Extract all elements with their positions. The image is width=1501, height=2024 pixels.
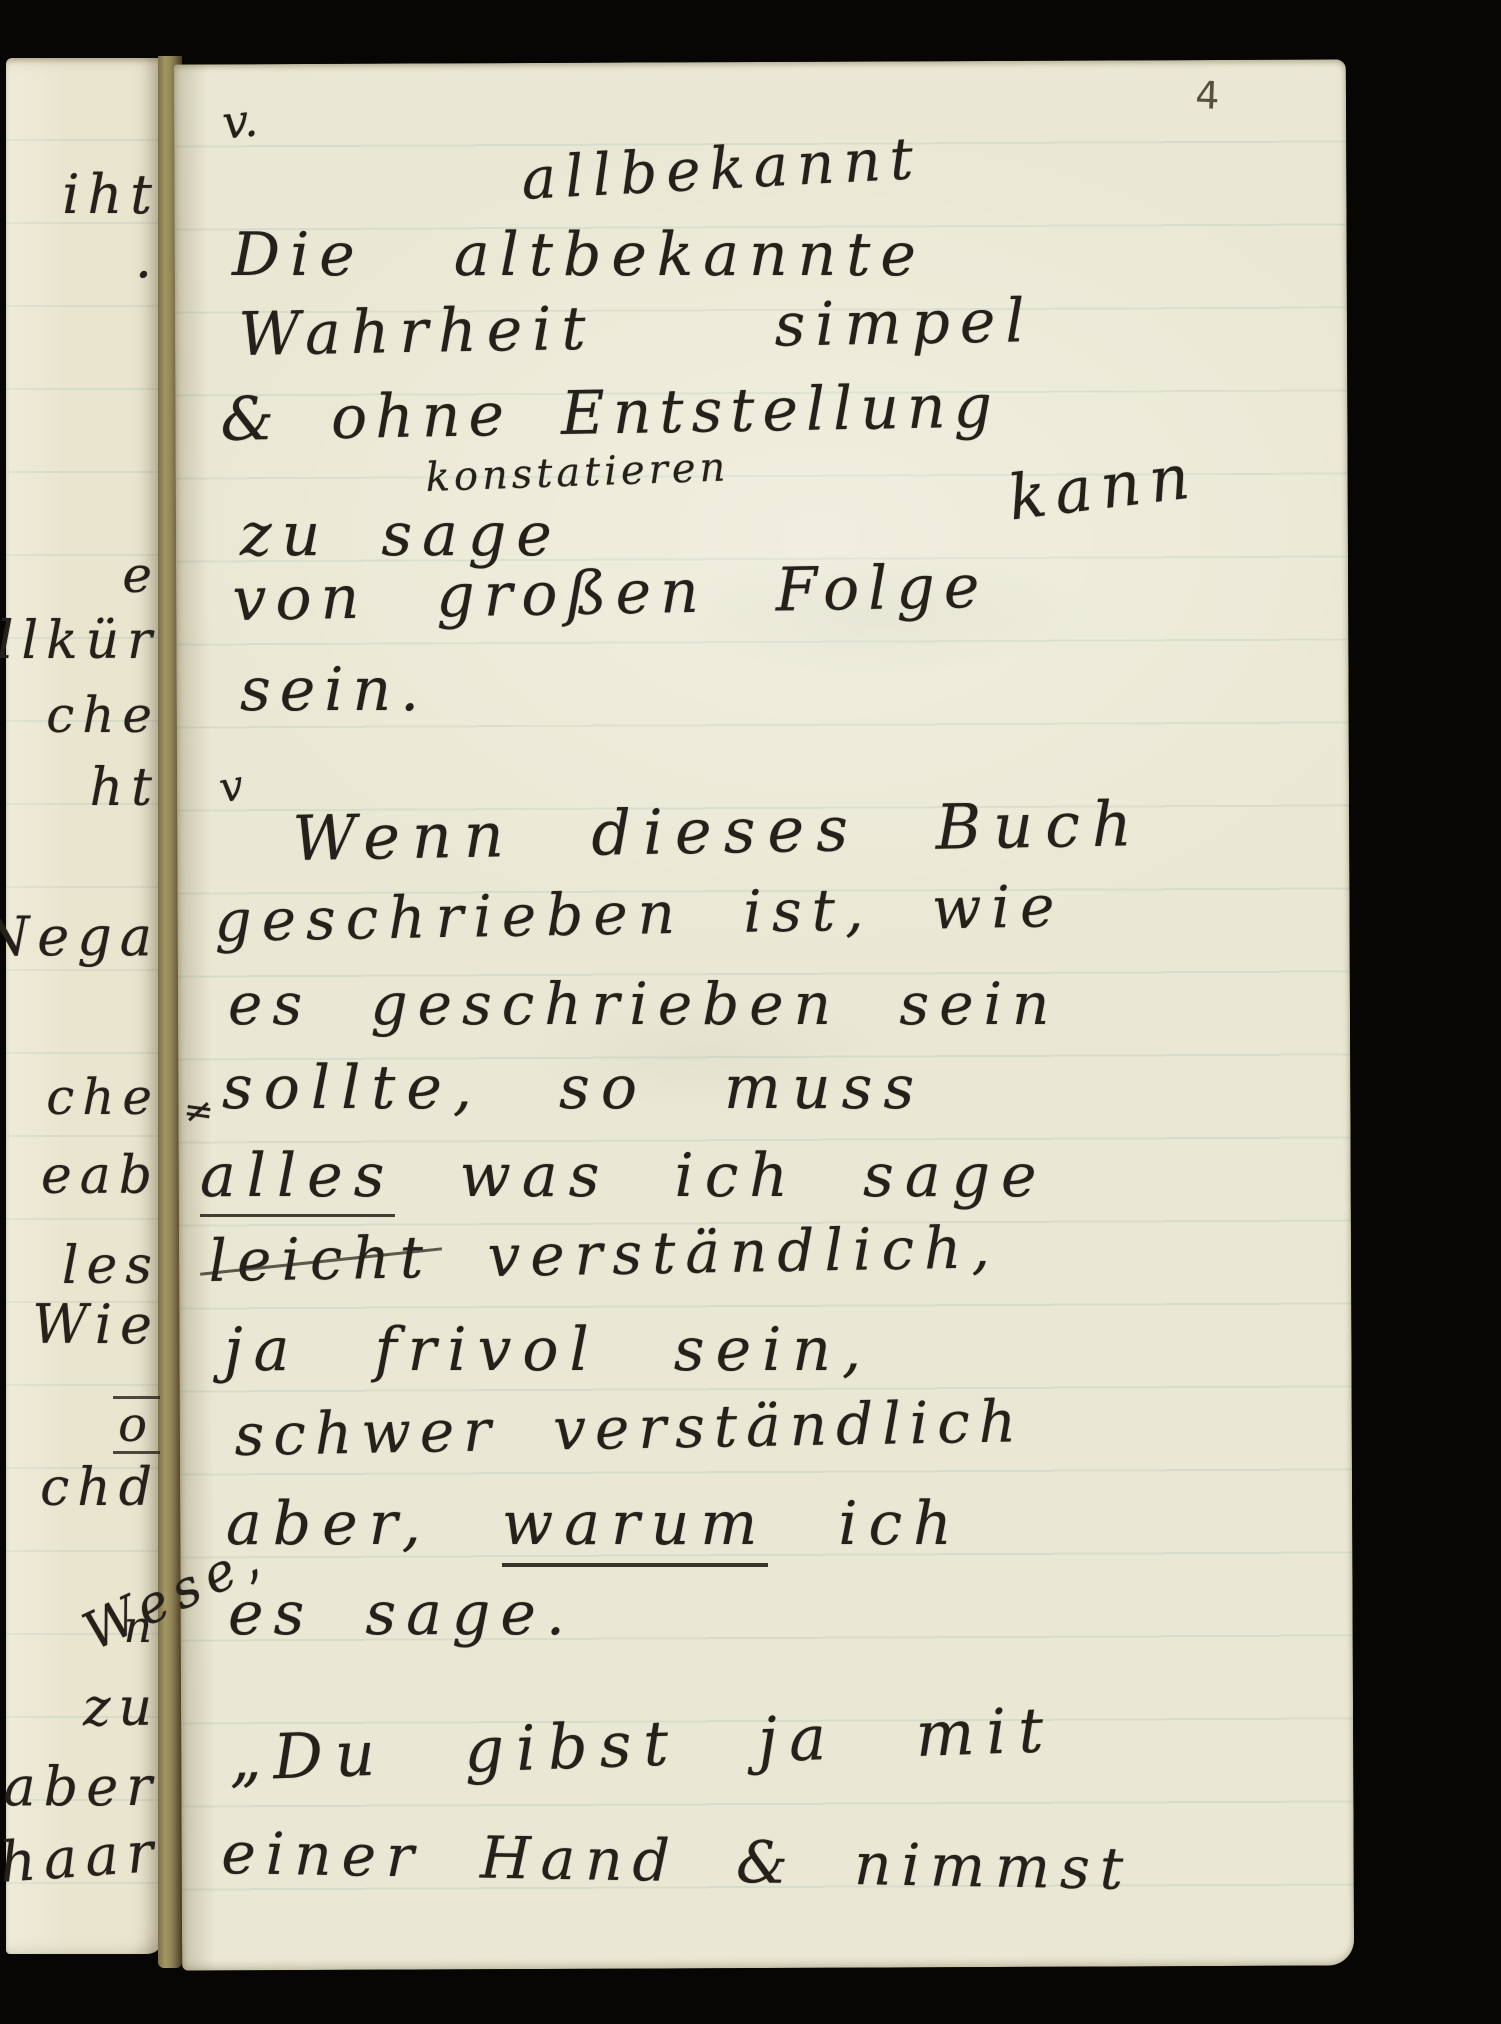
manuscript-line: che (46, 690, 160, 740)
check-mark: v. (220, 96, 260, 145)
manuscript-line: sein. (240, 660, 428, 720)
manuscript-line: e (122, 550, 160, 600)
manuscript-line: haar (0, 1825, 164, 1892)
manuscript-line: zu sage (240, 505, 562, 565)
manuscript-line: sollte, so muss (222, 1058, 925, 1118)
word: ich (768, 1489, 963, 1559)
manuscript-line: che (46, 1072, 160, 1122)
not-equal-mark: ≠ (181, 1092, 216, 1132)
manuscript-line: schwer verständlich (234, 1392, 1026, 1464)
manuscript-line: aber, warum ich (226, 1494, 963, 1554)
page-number: 4 (1195, 76, 1220, 115)
manuscript-line: . (135, 232, 160, 286)
insertion-line: konstatieren (425, 447, 730, 498)
manuscript-line: iht (62, 168, 160, 222)
manuscript-line: alles was ich sage (200, 1146, 1048, 1206)
manuscript-line: & ohne Entstellung (220, 376, 1000, 450)
manuscript-line: Wahrheit simpel (238, 291, 1035, 365)
manuscript-line: kann (1005, 445, 1202, 530)
insertion-line: allbekannt (520, 129, 923, 208)
manuscript-line: Wenn dieses Buch (292, 793, 1144, 870)
manuscript-line: geschrieben ist, wie (214, 877, 1065, 950)
word: alles (200, 1141, 395, 1217)
word: leicht (208, 1223, 434, 1295)
manuscript-line: zu (83, 1682, 160, 1734)
manuscript-line: ht (90, 762, 160, 814)
notebook-photo: { "page_number": "4", "colors": { "backg… (0, 0, 1501, 2024)
manuscript-line: les (62, 1240, 160, 1292)
manuscript-line: aber (3, 1760, 160, 1814)
manuscript-line: es sage. (228, 1584, 575, 1644)
text-overlay: 4 allbekanntDie altbekannteWahrheit simp… (0, 0, 1501, 2024)
manuscript-line: ja frivol sein, (224, 1320, 872, 1380)
word: was ich sage (395, 1141, 1047, 1211)
manuscript-line: chd (40, 1462, 160, 1514)
manuscript-line: „Du gibst ja mit (228, 1699, 1056, 1790)
manuscript-line: von großen Folge (232, 557, 989, 630)
word: verständlich, (432, 1213, 1000, 1291)
manuscript-line: Nega (0, 910, 160, 964)
word: warum (502, 1489, 768, 1567)
word: aber, (226, 1489, 502, 1559)
manuscript-line: eab (41, 1150, 160, 1202)
manuscript-line: llkür (0, 615, 160, 667)
manuscript-line: einer Hand & nimmst (221, 1824, 1134, 1898)
check-mark: v (216, 764, 247, 809)
manuscript-line: Die altbekannte (232, 225, 926, 285)
manuscript-line: o (113, 1396, 160, 1454)
manuscript-line: es geschrieben sein (228, 975, 1059, 1033)
manuscript-line: Wie (32, 1298, 160, 1352)
manuscript-line: leicht verständlich, (208, 1218, 1000, 1290)
